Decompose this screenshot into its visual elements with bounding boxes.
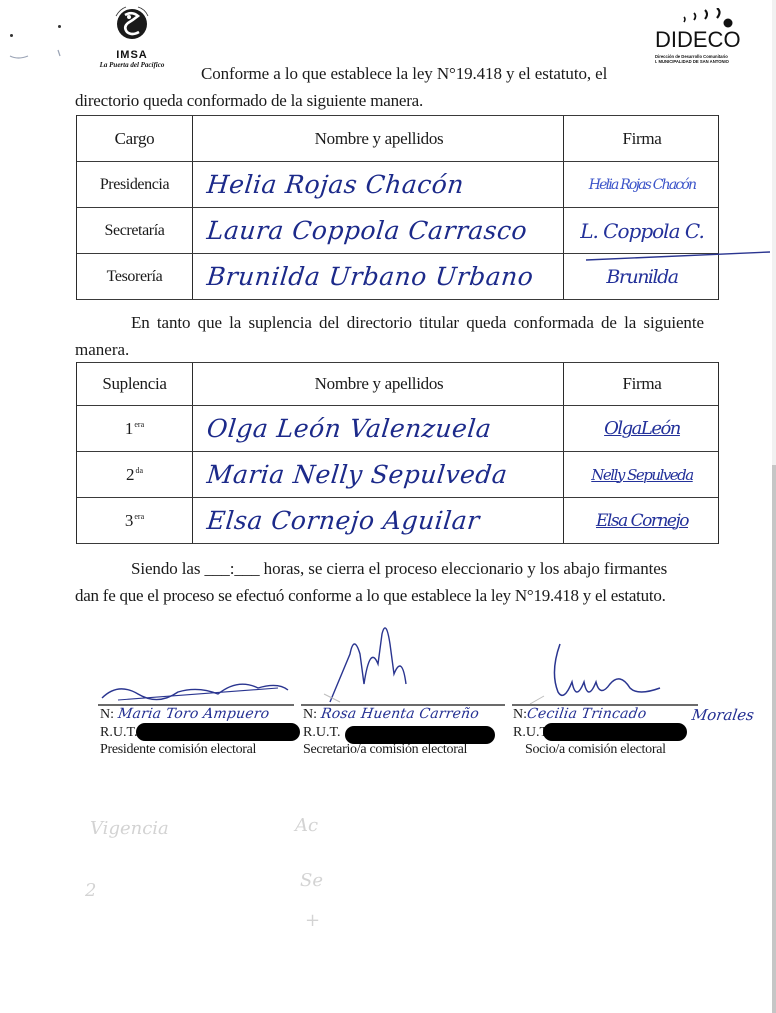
member-name: Cecilia Trincado — [526, 706, 648, 723]
name-prefix: N: — [100, 707, 114, 722]
cargo-label: Presidencia — [100, 176, 169, 194]
document-page: IMSA La Puerta del Pacífico DIDECO Direc… — [0, 0, 772, 1013]
signature: Nelly Sepulveda — [591, 466, 692, 484]
member-name: Maria Toro Ampuero — [116, 706, 270, 723]
closing-line-2: dan fe que el proceso se efectuó conform… — [75, 586, 666, 606]
ordinal-label: 2da — [126, 465, 143, 485]
header-firma: Firma — [566, 116, 718, 161]
name-prefix: N: — [513, 707, 527, 722]
member-role: Presidente comisión electoral — [100, 741, 269, 758]
rut-redaction — [136, 723, 300, 741]
table-header-row: Suplencia Nombre y apellidos Firma — [77, 362, 718, 405]
dideco-name: DIDECO — [655, 27, 741, 52]
member-name: Rosa Huenta Carreño — [319, 706, 479, 723]
cargo-label: Tesorería — [107, 268, 163, 286]
imsa-logo: IMSA La Puerta del Pacífico — [92, 6, 172, 78]
bleed-through-text: 2 — [85, 880, 96, 901]
suplencia-table: Suplencia Nombre y apellidos Firma 1era … — [76, 362, 719, 544]
member-role: Socio/a comisión electoral — [513, 741, 666, 758]
comision-member-socio: N:Cecilia Trincado R.U.T. Socio/a comisi… — [513, 706, 666, 758]
handwritten-name: Helia Rojas Chacón — [193, 170, 465, 199]
dideco-subtitle: Dirección de Desarrollo Comunitario I. M… — [655, 54, 729, 64]
rut-prefix: R.U.T. — [303, 725, 340, 740]
signature: OlgaLeón — [604, 418, 680, 439]
header-nombre: Nombre y apellidos — [195, 116, 564, 161]
table-row: 1era Olga León Valenzuela OlgaLeón — [77, 405, 718, 451]
handwritten-name: Laura Coppola Carrasco — [193, 216, 528, 245]
intro-line-2: directorio queda conformado de la siguie… — [75, 91, 423, 111]
suplencia-intro-line-1: En tanto que la suplencia del directorio… — [131, 313, 704, 333]
comision-signatures: N: Maria Toro Ampuero R.U.T. Presidente … — [0, 610, 772, 780]
dideco-wordmark: DIDECO — [655, 28, 741, 52]
comision-member-presidente: N: Maria Toro Ampuero R.U.T. Presidente … — [100, 706, 269, 758]
intro-line-1: Conforme a lo que establece la ley N°19.… — [201, 64, 607, 84]
dideco-logo: DIDECO Dirección de Desarrollo Comunitar… — [652, 8, 738, 64]
signature: Helia Rojas Chacón — [589, 177, 696, 193]
ordinal-suffix: era — [134, 512, 144, 521]
handwritten-name: Maria Nelly Sepulveda — [193, 460, 508, 489]
signature: Elsa Cornejo — [596, 511, 688, 531]
header-nombre: Nombre y apellidos — [195, 363, 564, 405]
handwritten-name: Elsa Cornejo Aguilar — [193, 506, 481, 535]
directorio-table: Cargo Nombre y apellidos Firma Presidenc… — [76, 115, 719, 300]
comision-member-secretario: N: Rosa Huenta Carreño R.U.T. Secretario… — [303, 706, 478, 758]
rut-redaction — [543, 723, 687, 741]
bleed-through-text: + — [305, 910, 320, 931]
bleed-through-text: Vigencia — [90, 818, 169, 839]
imsa-emblem-icon — [114, 6, 150, 42]
handwritten-name: Brunilda Urbano Urbano — [193, 262, 535, 291]
signature: L. Coppola C. — [580, 219, 704, 243]
header-cargo: Cargo — [77, 116, 193, 161]
member-name-overflow: Morales — [691, 706, 755, 724]
scan-speck — [58, 25, 61, 28]
ordinal-number: 3 — [125, 511, 134, 530]
bleed-through-text: Ac — [295, 815, 318, 836]
rut-redaction — [345, 726, 495, 744]
dideco-dots-icon — [674, 8, 734, 28]
vertical-scrollbar[interactable] — [772, 0, 776, 1013]
table-header-row: Cargo Nombre y apellidos Firma — [77, 115, 718, 161]
ordinal-number: 2 — [126, 465, 135, 484]
table-row: 3era Elsa Cornejo Aguilar Elsa Cornejo — [77, 497, 718, 544]
ordinal-number: 1 — [125, 419, 134, 438]
signature-scrawl-1 — [98, 668, 298, 708]
ordinal-label: 3era — [125, 511, 144, 531]
scan-speck — [10, 34, 13, 37]
scrollbar-thumb[interactable] — [772, 465, 776, 1013]
suplencia-intro-line-2: manera. — [75, 340, 129, 360]
imsa-tagline: La Puerta del Pacífico — [92, 61, 172, 69]
bleed-through-text: Se — [300, 870, 323, 891]
signature-scrawl-3 — [520, 632, 700, 706]
header-suplencia: Suplencia — [77, 363, 193, 405]
signature-stroke — [580, 246, 776, 266]
table-row: Presidencia Helia Rojas Chacón Helia Roj… — [77, 161, 718, 207]
ordinal-suffix: era — [134, 420, 144, 429]
dideco-subtitle-line2: I. MUNICIPALIDAD DE SAN ANTONIO — [655, 59, 729, 64]
table-row: 2da Maria Nelly Sepulveda Nelly Sepulved… — [77, 451, 718, 497]
signature-scrawl-2 — [320, 614, 440, 706]
ordinal-suffix: da — [135, 466, 143, 475]
handwritten-name: Olga León Valenzuela — [193, 414, 492, 443]
ordinal-label: 1era — [125, 419, 144, 439]
cargo-label: Secretaría — [105, 222, 165, 240]
header-firma: Firma — [566, 363, 718, 405]
imsa-name: IMSA — [92, 49, 172, 61]
closing-line-1: Siendo las ___:___ horas, se cierra el p… — [131, 559, 667, 579]
rut-prefix: R.U.T. — [100, 725, 137, 740]
name-prefix: N: — [303, 707, 317, 722]
scan-mark — [6, 46, 66, 66]
signature: Brunilda — [606, 266, 677, 288]
